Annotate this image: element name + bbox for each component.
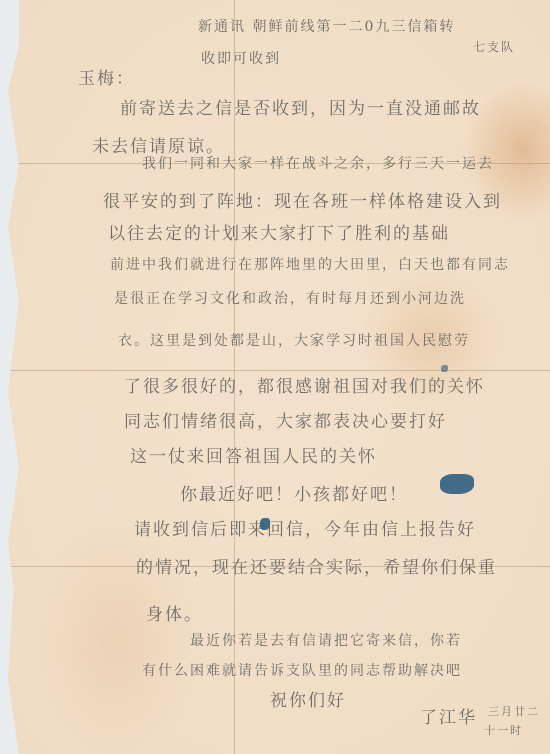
header-address: 新通讯 朝鲜前线第一二0九三信箱转 (198, 16, 455, 36)
date-line: 三月廿二 (488, 703, 540, 719)
salutation: 玉梅： (78, 64, 135, 89)
body-line: 我们一同和大家一样在战斗之余，多行三天一运去 (142, 153, 494, 173)
time-line: 十一时 (484, 722, 523, 738)
body-line: 同志们情绪很高，大家都表决心要打好 (124, 407, 447, 432)
header-note: 收即可收到 (201, 48, 281, 68)
ink-blot (440, 474, 474, 494)
body-line: 前寄送去之信是否收到，因为一直没通邮故 (120, 94, 481, 119)
body-line: 身体。 (146, 600, 203, 625)
body-line: 祝你们好 (270, 686, 346, 711)
body-line: 了很多很好的，都很感谢祖国对我们的关怀 (124, 372, 485, 397)
fold-line (8, 370, 550, 371)
body-line: 前进中我们就进行在那阵地里的大田里，白天也都有同志 (110, 254, 510, 274)
body-line: 你最近好吧！小孩都好吧！ (180, 480, 408, 505)
body-line: 是很正在学习文化和政治，有时每月还到小河边洗 (114, 288, 466, 308)
letter-paper: 新通讯 朝鲜前线第一二0九三信箱转 七支队 收即可收到 玉梅： 前寄送去之信是否… (8, 0, 550, 754)
header-unit: 七支队 (473, 38, 515, 55)
body-line: 衣。这里是到处都是山，大家学习时祖国人民慰劳 (118, 330, 470, 350)
body-line: 以往去定的计划来大家打下了胜利的基础 (108, 219, 450, 244)
body-line: 有什么困难就请告诉支队里的同志帮助解决吧 (142, 660, 462, 680)
body-line: 最近你若是去有信请把它寄来信，你若 (190, 630, 462, 650)
body-line: 这一仗来回答祖国人民的关怀 (130, 442, 377, 467)
body-line: 很平安的到了阵地：现在各班一样体格建设入到 (103, 187, 502, 212)
ink-blot (260, 518, 270, 530)
ink-blot (441, 365, 448, 372)
body-line: 的情况，现在还要结合实际，希望你们保重 (136, 553, 497, 578)
body-line: 请收到信后即来回信，今年由信上报告好 (134, 515, 476, 540)
signature: 了江华 (420, 703, 477, 728)
